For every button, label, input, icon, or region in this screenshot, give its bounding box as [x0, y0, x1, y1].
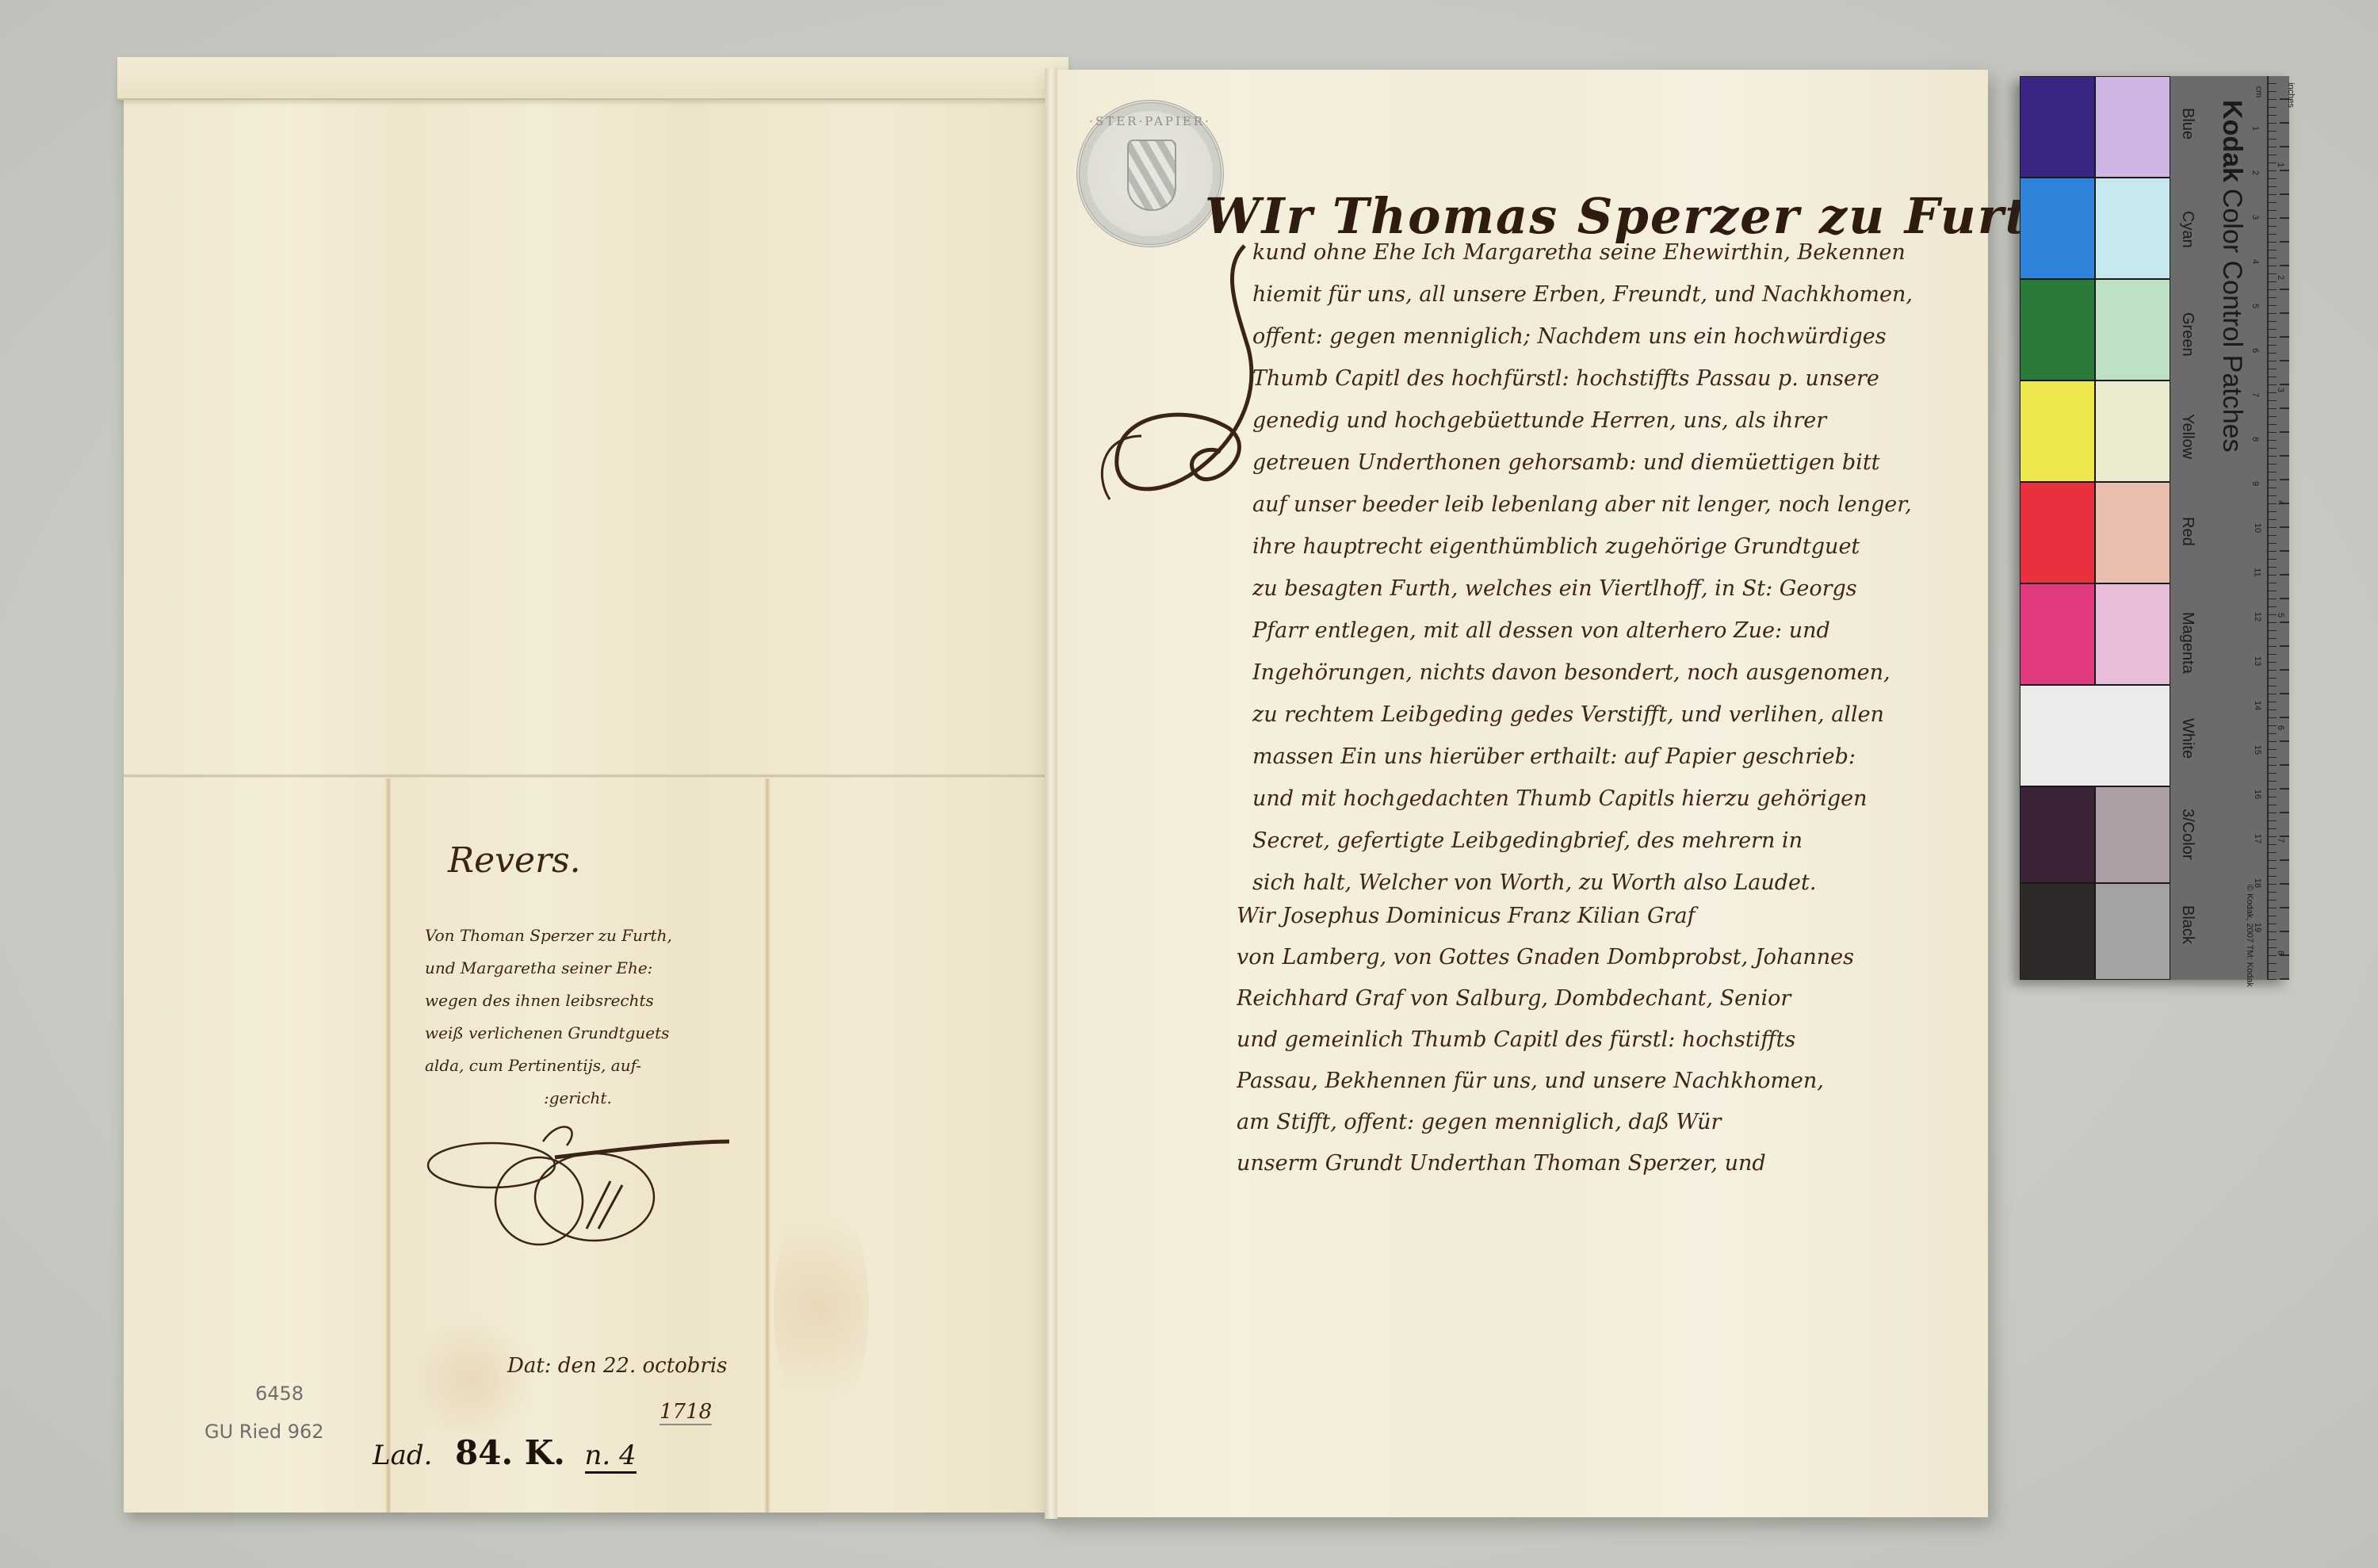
horizontal-fold-line	[124, 774, 1056, 778]
text-line: am Stifft, offent: gegen menniglich, daß…	[1237, 1102, 1950, 1143]
text-line: Secret, gefertigte Leibgedingbrief, des …	[1252, 820, 1950, 862]
revers-title: Revers.	[448, 840, 581, 881]
kodak-copyright: © Kodak, 2007 TM: Kodak	[2245, 885, 2254, 987]
revers-line: alda, cum Pertinentijs, auf-	[425, 1050, 750, 1082]
patch-label: 3/Color	[2178, 809, 2196, 859]
patch-cyan-dark	[2020, 178, 2095, 279]
text-line: kund ohne Ehe Ich Margaretha seine Ehewi…	[1252, 231, 1950, 273]
patch-label: Cyan	[2178, 211, 2196, 248]
cm-tick-label: 7	[2250, 392, 2260, 397]
text-line: offent: gegen menniglich; Nachdem uns ei…	[1252, 316, 1950, 358]
text-line: getreuen Underthonen gehorsamb: und diem…	[1252, 442, 1950, 484]
kodak-strip-title: Color Control Patches	[2217, 189, 2247, 453]
signature-flourish-icon	[420, 1110, 753, 1252]
text-line: Wir Josephus Dominicus Franz Kilian Graf	[1237, 896, 1950, 937]
archive-reference: Lad. 84. K. n. 4	[373, 1433, 637, 1472]
patch-row-3color	[2020, 786, 2170, 883]
patch-yellow-light	[2095, 381, 2170, 482]
pencil-note-number: 6458	[255, 1383, 304, 1405]
revers-line: weiß verlichenen Grundtguets	[425, 1017, 750, 1050]
patch-blue-dark	[2020, 76, 2095, 178]
cm-tick-label: 17	[2253, 834, 2262, 843]
inch-tick-label: 1	[2276, 163, 2285, 167]
text-line: zu besagten Furth, welches ein Viertlhof…	[1252, 568, 1950, 610]
patch-label: Magenta	[2178, 612, 2196, 674]
text-line: Passau, Bekhennen für uns, und unsere Na…	[1237, 1061, 1950, 1102]
revers-text: Von Thoman Sperzer zu Furth, und Margare…	[425, 920, 750, 1115]
patch-white	[2020, 685, 2170, 786]
patch-label: Blue	[2178, 108, 2196, 140]
text-line: ihre hauptrecht eigenthümblich zugehörig…	[1252, 526, 1950, 568]
archive-reference-prefix: Lad.	[373, 1440, 432, 1471]
patch-3color-light	[2095, 786, 2170, 883]
cm-tick-label: 9	[2250, 481, 2260, 486]
text-line: Pfarr entlegen, mit all dessen von alter…	[1252, 610, 1950, 652]
cm-tick-label: 1	[2250, 126, 2260, 131]
patch-row-black	[2020, 883, 2170, 980]
cm-tick-label: 8	[2250, 437, 2260, 442]
cm-tick-label: 19	[2253, 923, 2262, 932]
patch-blue-light	[2095, 76, 2170, 178]
text-line: Thumb Capitl des hochfürstl: hochstiffts…	[1252, 358, 1950, 400]
pencil-note-shelfmark: GU Ried 962	[205, 1421, 324, 1443]
patch-label: Green	[2178, 312, 2196, 357]
text-line: Reichhard Graf von Salburg, Dombdechant,…	[1237, 978, 1950, 1019]
inch-tick-label: 4	[2276, 500, 2285, 505]
cm-tick-label: 11	[2253, 568, 2262, 576]
patch-black-dark	[2020, 883, 2095, 980]
text-line: unserm Grundt Underthan Thoman Sperzer, …	[1237, 1143, 1950, 1184]
patch-row-magenta	[2020, 583, 2170, 685]
revers-line: Von Thoman Sperzer zu Furth,	[425, 920, 750, 952]
dating-line: Dat: den 22. octobris	[507, 1354, 728, 1378]
kodak-color-control-strip: Blue Cyan Green Yellow Red Magenta White…	[2020, 76, 2289, 980]
inch-tick-label: 2	[2276, 275, 2285, 280]
foxing-stain	[409, 1316, 536, 1443]
patch-row-cyan	[2020, 178, 2170, 279]
cm-tick-label: 2	[2250, 170, 2260, 175]
patch-row-green	[2020, 279, 2170, 381]
text-line: hiemit für uns, all unsere Erben, Freund…	[1252, 273, 1950, 316]
vertical-fold-line	[764, 778, 770, 1513]
color-patches	[2020, 76, 2170, 980]
inch-tick-label: 5	[2276, 613, 2285, 618]
cm-tick-label: 18	[2253, 878, 2262, 888]
measurement-ruler: Blue Cyan Green Yellow Red Magenta White…	[2170, 76, 2289, 980]
text-line: von Lamberg, von Gottes Gnaden Dombprobs…	[1237, 937, 1950, 978]
patch-row-blue	[2020, 76, 2170, 178]
patch-yellow-dark	[2020, 381, 2095, 482]
inch-tick-label: 3	[2276, 388, 2285, 392]
cm-tick-label: 15	[2253, 745, 2262, 755]
reverse-sheet	[124, 79, 1056, 1513]
patch-label: Yellow	[2178, 414, 2196, 459]
dating-year: 1718	[659, 1400, 712, 1425]
inch-ticks	[2280, 76, 2289, 980]
kodak-title: KodakColor Control Patches	[2216, 100, 2247, 453]
patch-row-yellow	[2020, 381, 2170, 482]
kodak-brand: Kodak	[2217, 100, 2247, 182]
initial-flourish-icon	[1078, 238, 1268, 523]
foxing-stain	[774, 1189, 869, 1427]
cm-tick-label: 10	[2253, 523, 2262, 533]
folded-top-flap	[117, 57, 1069, 100]
patch-magenta-light	[2095, 583, 2170, 685]
patch-cyan-light	[2095, 178, 2170, 279]
stamp-paper-seal: ·STER·PAPIER·	[1076, 100, 1224, 247]
cm-tick-label: 16	[2253, 790, 2262, 799]
inch-tick-label: 8	[2276, 950, 2285, 955]
patch-row-white	[2020, 685, 2170, 786]
inch-tick-label: 6	[2276, 725, 2285, 730]
patch-green-light	[2095, 279, 2170, 381]
patch-label: White	[2178, 718, 2196, 759]
revers-line: wegen des ihnen leibsrechts	[425, 985, 750, 1017]
text-line: und gemeinlich Thumb Capitl des fürstl: …	[1237, 1019, 1950, 1061]
patch-green-dark	[2020, 279, 2095, 381]
cm-unit-label: cm	[2254, 86, 2263, 98]
cm-tick-label: 5	[2250, 304, 2260, 308]
patch-red-light	[2095, 482, 2170, 583]
lozenge-shield-icon	[1127, 140, 1176, 211]
vertical-fold-line	[385, 778, 392, 1513]
inch-tick-label: 7	[2276, 838, 2285, 843]
patch-label-column: Blue Cyan Green Yellow Red Magenta White…	[2170, 76, 2208, 980]
text-line: zu rechtem Leibgeding gedes Verstifft, u…	[1252, 694, 1950, 736]
text-line: Ingehörungen, nichts davon besondert, no…	[1252, 652, 1950, 694]
archive-reference-number: n. 4	[585, 1440, 637, 1474]
patch-3color-dark	[2020, 786, 2095, 883]
cm-tick-label: 14	[2253, 701, 2262, 710]
cm-tick-label: 3	[2250, 215, 2260, 220]
archive-reference-main: 84. K.	[455, 1433, 565, 1472]
cm-tick-label: 13	[2253, 656, 2262, 666]
patch-magenta-dark	[2020, 583, 2095, 685]
patch-black-light	[2095, 883, 2170, 980]
charter-body-part1: kund ohne Ehe Ich Margaretha seine Ehewi…	[1252, 231, 1950, 904]
text-line: auf unser beeder leib lebenlang aber nit…	[1252, 484, 1950, 526]
patch-label: Red	[2178, 517, 2196, 546]
sheet-gutter-fold	[1045, 68, 1057, 1519]
text-line: und mit hochgedachten Thumb Capitls hier…	[1252, 778, 1950, 820]
text-line: genedig und hochgebüettunde Herren, uns,…	[1252, 400, 1950, 442]
inch-unit-label: inches	[2286, 82, 2296, 108]
charter-body-part2: Wir Josephus Dominicus Franz Kilian Graf…	[1237, 896, 1950, 1184]
patch-row-red	[2020, 482, 2170, 583]
patch-red-dark	[2020, 482, 2095, 583]
patch-label: Black	[2178, 905, 2196, 944]
cm-tick-label: 4	[2250, 259, 2260, 264]
cm-tick-label: 6	[2250, 348, 2260, 353]
text-line: massen Ein uns hierüber erthailt: auf Pa…	[1252, 736, 1950, 778]
revers-line: und Margaretha seiner Ehe:	[425, 952, 750, 985]
cm-tick-label: 12	[2253, 612, 2262, 621]
seal-ring-text: ·STER·PAPIER·	[1080, 114, 1221, 128]
